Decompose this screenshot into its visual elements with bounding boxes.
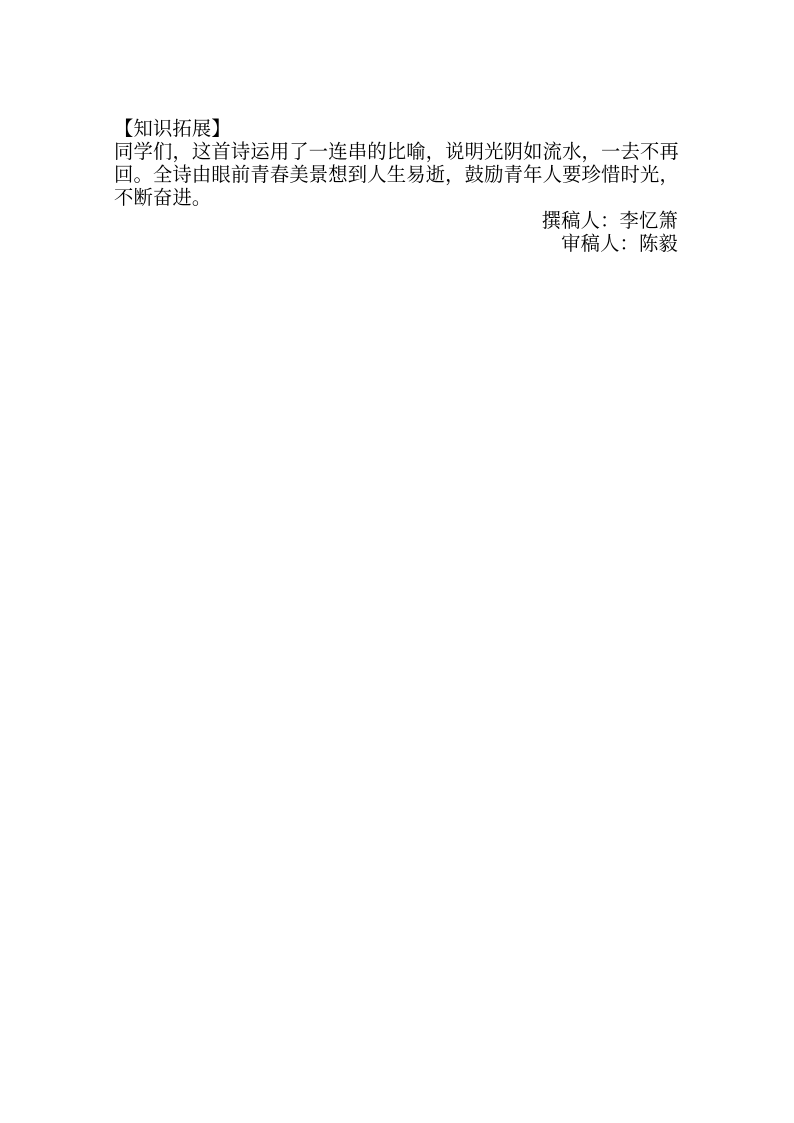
document-page: 【知识拓展】 同学们，这首诗运用了一连串的比喻，说明光阴如流水，一去不再 回。全… (0, 0, 794, 1123)
document-content: 【知识拓展】 同学们，这首诗运用了一连串的比喻，说明光阴如流水，一去不再 回。全… (114, 118, 678, 256)
section-heading: 【知识拓展】 (114, 118, 678, 141)
paragraph-line: 回。全诗由眼前青春美景想到人生易逝，鼓励青年人要珍惜时光， (114, 164, 678, 187)
paragraph-line: 不断奋进。 (114, 187, 678, 210)
signature-block: 撰稿人：李忆箫 审稿人：陈毅 (114, 210, 678, 256)
body-paragraph: 同学们，这首诗运用了一连串的比喻，说明光阴如流水，一去不再 回。全诗由眼前青春美… (114, 141, 678, 210)
reviewer-line: 审稿人：陈毅 (114, 233, 678, 256)
paragraph-line: 同学们，这首诗运用了一连串的比喻，说明光阴如流水，一去不再 (114, 141, 678, 164)
drafter-line: 撰稿人：李忆箫 (114, 210, 678, 233)
